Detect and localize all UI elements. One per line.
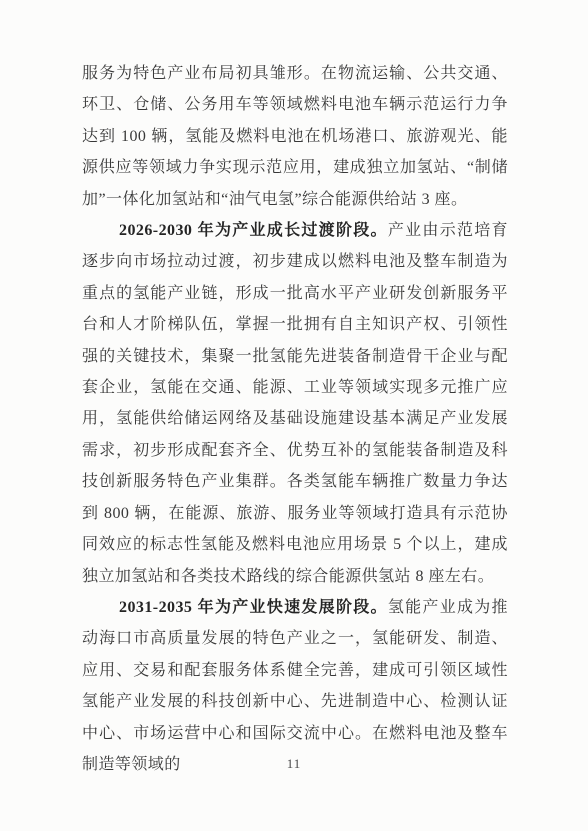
document-page: 服务为特色产业布局初具雏形。在物流运输、公共交通、环卫、仓储、公务用车等领域燃料… — [0, 0, 588, 831]
stage-heading: 2031-2035 年为产业快速发展阶段。 — [119, 599, 388, 616]
stage-heading: 2026-2030 年为产业成长过渡阶段。 — [119, 222, 388, 239]
body-text: 产业由示范培育逐步向市场拉动过渡，初步建成以燃料电池及整车制造为重点的氢能产业链… — [82, 222, 508, 584]
body-text: 服务为特色产业布局初具雏形。在物流运输、公共交通、环卫、仓储、公务用车等领域燃料… — [82, 65, 508, 208]
page-number: 11 — [0, 756, 588, 772]
paragraph: 服务为特色产业布局初具雏形。在物流运输、公共交通、环卫、仓储、公务用车等领域燃料… — [82, 58, 508, 215]
paragraph: 2031-2035 年为产业快速发展阶段。氢能产业成为推动海口市高质量发展的特色… — [82, 592, 508, 780]
body-text: 氢能产业成为推动海口市高质量发展的特色产业之一，氢能研发、制造、应用、交易和配套… — [82, 599, 508, 773]
paragraph: 2026-2030 年为产业成长过渡阶段。产业由示范培育逐步向市场拉动过渡，初步… — [82, 215, 508, 592]
text-block: 服务为特色产业布局初具雏形。在物流运输、公共交通、环卫、仓储、公务用车等领域燃料… — [82, 58, 508, 780]
